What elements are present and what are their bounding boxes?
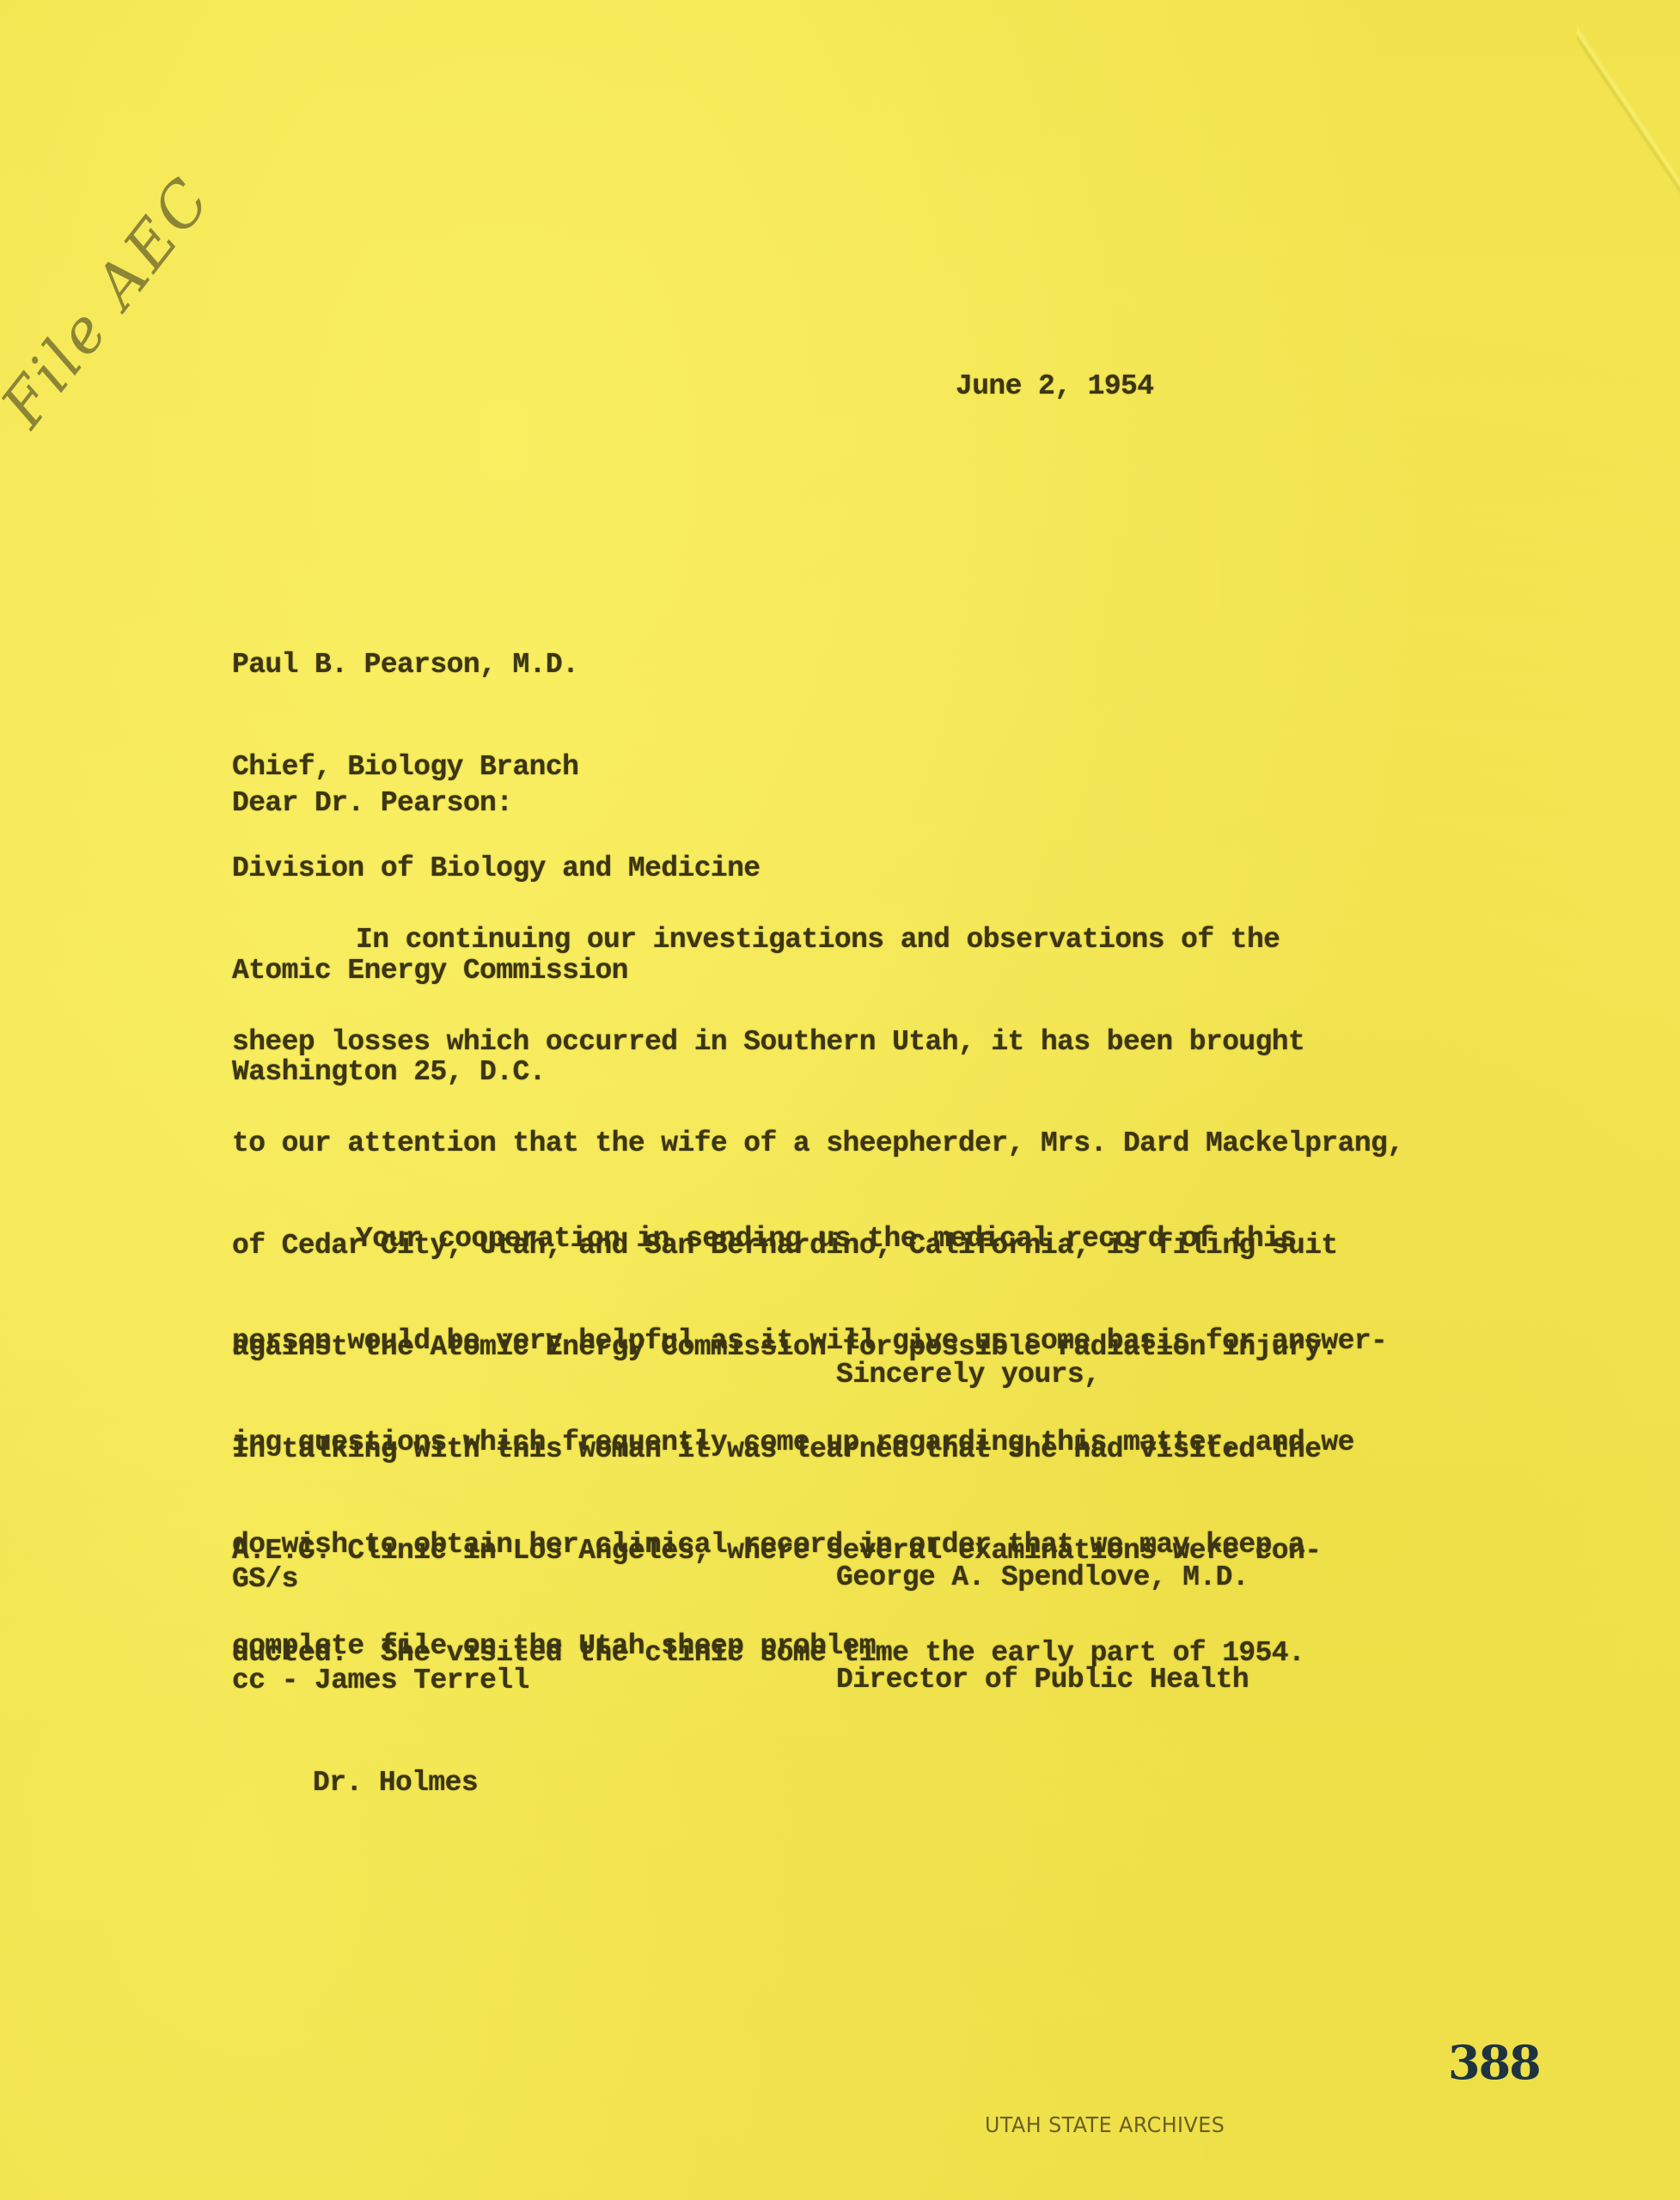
page-number: 388 — [1448, 2035, 1540, 2090]
signer-name: George A. Spendlove, M.D. — [836, 1561, 1249, 1595]
cc-recipient: Dr. Holmes — [232, 1766, 529, 1800]
cc-line: cc - James Terrell — [232, 1664, 529, 1698]
paragraph-line: Your cooperation in sending us the medic… — [232, 1222, 1387, 1256]
address-line: Paul B. Pearson, M.D. — [232, 648, 761, 682]
address-line: Chief, Biology Branch — [232, 750, 761, 785]
salutation: Dear Dr. Pearson: — [232, 786, 512, 821]
paragraph-line: ing questions which frequently come up r… — [232, 1426, 1387, 1460]
signature-block: George A. Spendlove, M.D. Director of Pu… — [836, 1493, 1249, 1731]
letter-date: June 2, 1954 — [956, 370, 1153, 404]
paragraph-line: sheep losses which occurred in Southern … — [232, 1025, 1403, 1060]
closing: Sincerely yours, — [836, 1358, 1100, 1392]
cc-label: cc - — [232, 1665, 315, 1696]
paragraph-line: In continuing our investigations and obs… — [232, 923, 1403, 957]
cc-list: cc - James Terrell Dr. Holmes — [232, 1596, 529, 1834]
paper-crease — [1577, 0, 1680, 223]
cc-recipient: James Terrell — [315, 1665, 529, 1696]
reference-initials: GS/s — [232, 1562, 298, 1597]
handwritten-note: File AEC — [0, 163, 225, 440]
signer-title: Director of Public Health — [836, 1663, 1249, 1697]
archive-stamp: UTAH STATE ARCHIVES — [985, 2112, 1225, 2137]
paragraph-line: person would be very helpful as it will … — [232, 1324, 1387, 1359]
